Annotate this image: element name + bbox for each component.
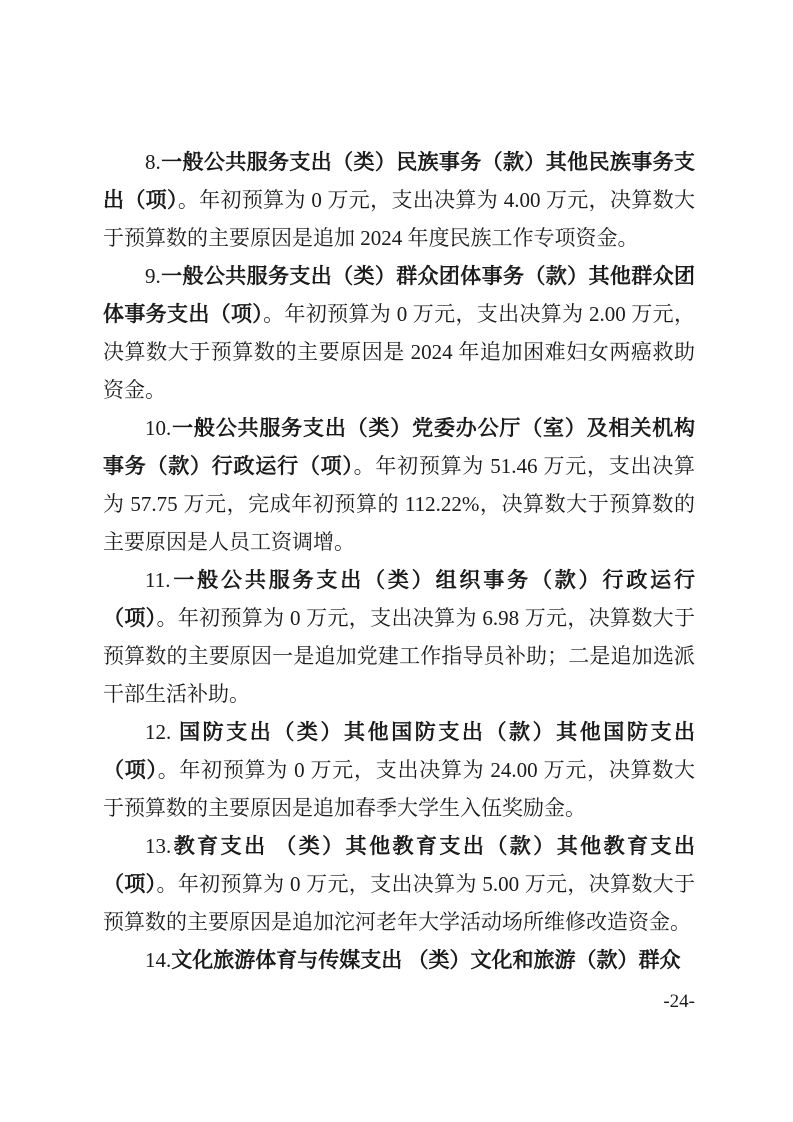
paragraph-12: 12. 国防支出（类）其他国防支出（款）其他国防支出（项）。年初预算为 0 万元… xyxy=(103,713,695,827)
paragraph-9: 9.一般公共服务支出（类）群众团体事务（款）其他群众团体事务支出（项）。年初预算… xyxy=(103,257,695,409)
document-body: 8.一般公共服务支出（类）民族事务（款）其他民族事务支出（项）。年初预算为 0 … xyxy=(103,143,695,979)
paragraph-10: 10.一般公共服务支出（类）党委办公厅（室）及相关机构事务（款）行政运行（项）。… xyxy=(103,409,695,561)
paragraph-number: 11. xyxy=(145,568,170,592)
paragraph-number: 14. xyxy=(145,948,171,972)
paragraph-number: 10. xyxy=(145,416,171,440)
paragraph-14: 14.文化旅游体育与传媒支出 （类）文化和旅游（款）群众 xyxy=(103,941,695,979)
paragraph-heading: 文化旅游体育与传媒支出 （类）文化和旅游（款）群众 xyxy=(171,948,680,972)
paragraph-number: 13. xyxy=(145,834,171,858)
paragraph-8: 8.一般公共服务支出（类）民族事务（款）其他民族事务支出（项）。年初预算为 0 … xyxy=(103,143,695,257)
paragraph-body-text: 。年初预算为 0 万元，支出决算为 24.00 万元，决算数大于预算数的主要原因… xyxy=(103,758,695,820)
paragraph-number: 12. xyxy=(145,720,179,744)
document-page: 8.一般公共服务支出（类）民族事务（款）其他民族事务支出（项）。年初预算为 0 … xyxy=(0,0,793,1122)
paragraph-11: 11.一般公共服务支出（类）组织事务（款）行政运行（项）。年初预算为 0 万元，… xyxy=(103,561,695,713)
paragraph-body-text: 。年初预算为 0 万元，支出决算为 4.00 万元，决算数大于预算数的主要原因是… xyxy=(103,188,695,250)
paragraph-number: 8. xyxy=(145,150,161,174)
paragraph-body-text: 。年初预算为 0 万元，支出决算为 6.98 万元，决算数大于预算数的主要原因一… xyxy=(103,606,695,706)
paragraph-body-text: 。年初预算为 0 万元，支出决算为 5.00 万元，决算数大于预算数的主要原因是… xyxy=(103,872,695,934)
paragraph-number: 9. xyxy=(145,264,161,288)
page-number: -24- xyxy=(663,991,695,1013)
paragraph-13: 13.教育支出 （类）其他教育支出（款）其他教育支出（项）。年初预算为 0 万元… xyxy=(103,827,695,941)
